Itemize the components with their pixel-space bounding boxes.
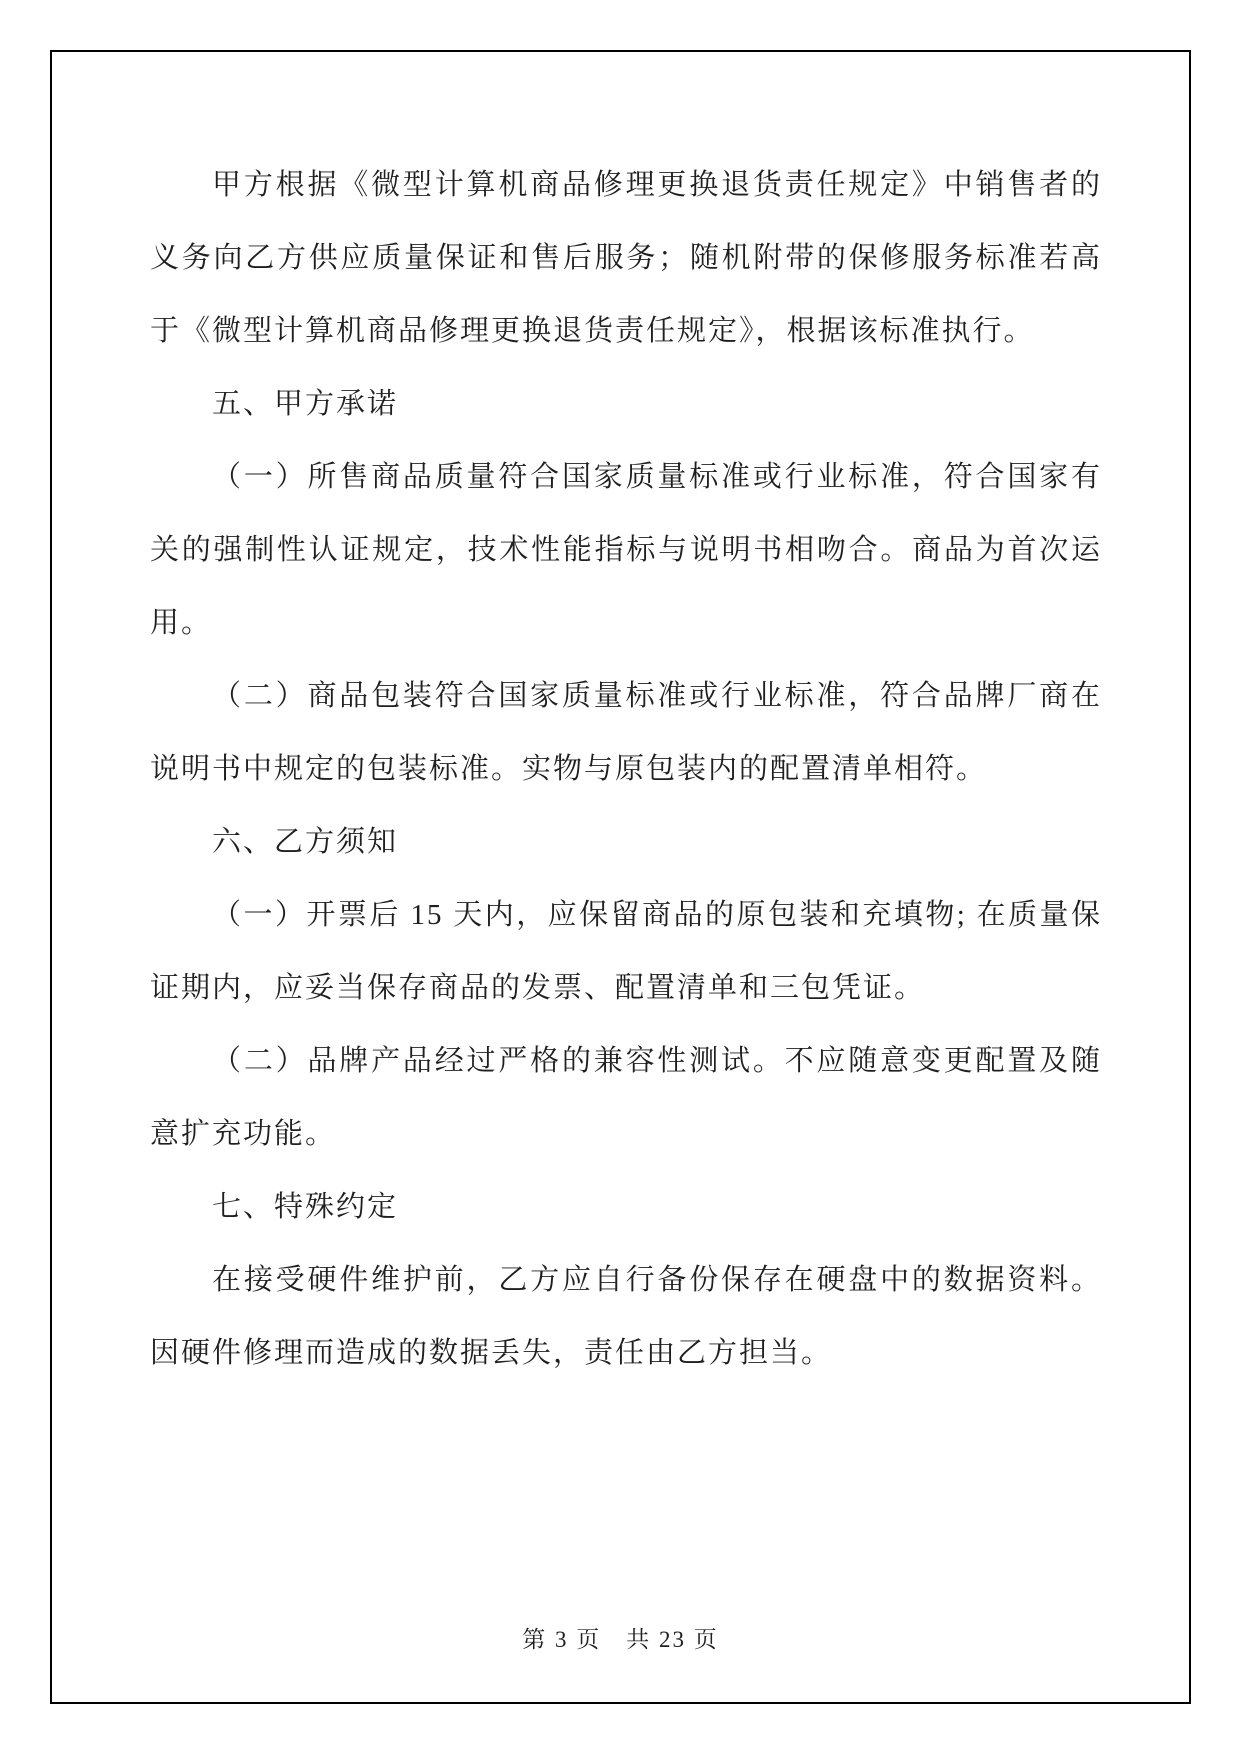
body-text-line: （一）所售商品质量符合国家质量标准或行业标准，符合国家有 — [150, 441, 1102, 514]
document-page: { "doc": { "lines": [ { "text": "甲方根据《微型… — [0, 0, 1241, 1754]
body-text-line: 在接受硬件维护前，乙方应自行备份保存在硬盘中的数据资料。 — [150, 1244, 1102, 1317]
body-text-line: 因硬件修理而造成的数据丢失，责任由乙方担当。 — [150, 1317, 1102, 1390]
body-text-line: （一）开票后 15 天内，应保留商品的原包装和充填物; 在质量保 — [150, 879, 1102, 952]
page-footer: 第 3 页 共 23 页 — [52, 1620, 1189, 1660]
section-heading-line: 六、乙方须知 — [150, 806, 1102, 879]
section-heading-line: 五、甲方承诺 — [150, 368, 1102, 441]
body-text-line: 于《微型计算机商品修理更换退货责任规定》，根据该标准执行。 — [150, 295, 1102, 368]
body-text-line: 义务向乙方供应质量保证和售后服务；随机附带的保修服务标准若高 — [150, 222, 1102, 295]
contract-text: 甲方根据《微型计算机商品修理更换退货责任规定》中销售者的 义务向乙方供应质量保证… — [150, 149, 1102, 1390]
body-text-line: 说明书中规定的包装标准。实物与原包装内的配置清单相符。 — [150, 733, 1102, 806]
body-text-line: 意扩充功能。 — [150, 1098, 1102, 1171]
body-text-line: 关的强制性认证规定，技术性能指标与说明书相吻合。商品为首次运 — [150, 514, 1102, 587]
section-heading-line: 七、特殊约定 — [150, 1171, 1102, 1244]
body-text-line: （二）商品包装符合国家质量标准或行业标准，符合品牌厂商在 — [150, 660, 1102, 733]
body-text-line: 证期内，应妥当保存商品的发票、配置清单和三包凭证。 — [150, 952, 1102, 1025]
body-text-line: 用。 — [150, 587, 1102, 660]
body-text-line: （二）品牌产品经过严格的兼容性测试。不应随意变更配置及随 — [150, 1025, 1102, 1098]
page-number-label: 第 3 页 共 23 页 — [522, 1627, 719, 1652]
body-text-line: 甲方根据《微型计算机商品修理更换退货责任规定》中销售者的 — [150, 149, 1102, 222]
